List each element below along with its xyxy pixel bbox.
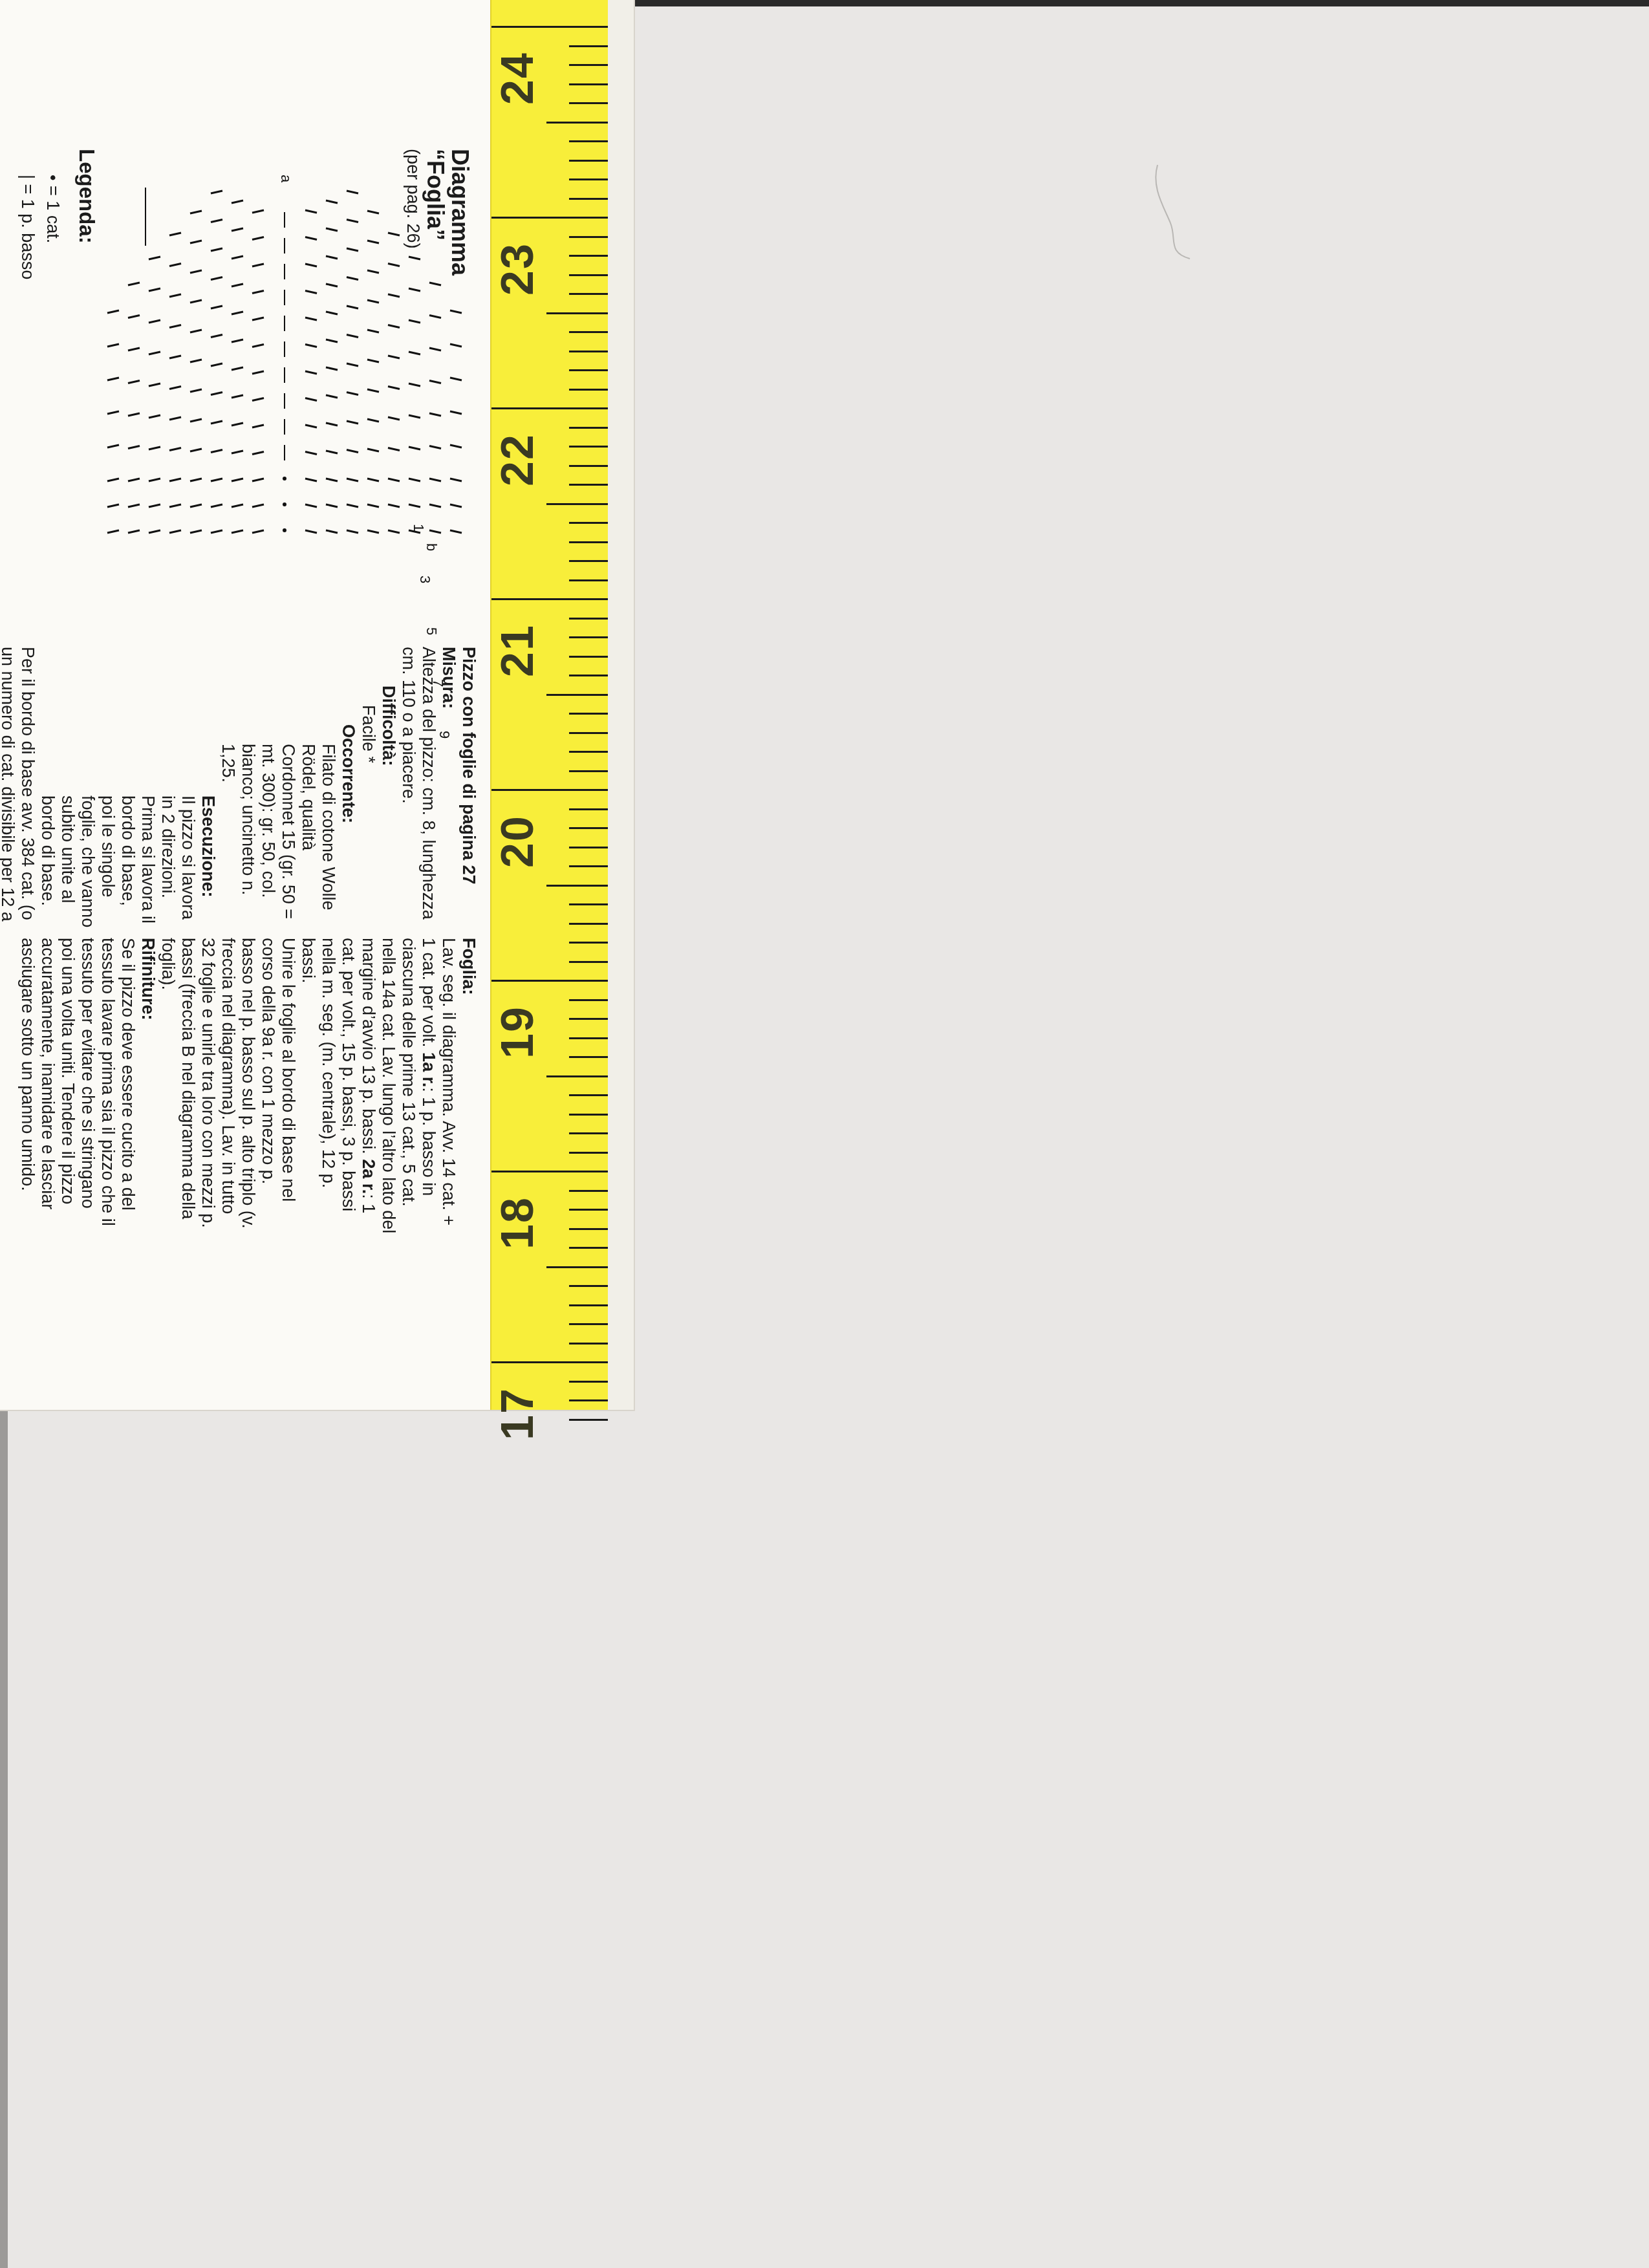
legend-items: • = 1 cat. | = 1 p. basso [17, 175, 68, 563]
ruler-tick [569, 1419, 608, 1421]
svg-text:b: b [424, 543, 440, 551]
svg-text:3: 3 [417, 576, 433, 583]
ruler-tick [569, 847, 608, 848]
ruler-tick [569, 1209, 608, 1211]
ruler-tick [569, 1228, 608, 1230]
ruler-tick [569, 713, 608, 715]
ruler-tick [491, 407, 608, 409]
ruler-tick [569, 1018, 608, 1020]
ruler-tick [569, 999, 608, 1001]
ruler-tick [546, 122, 608, 124]
article-heading: Pizzo con foglie di pagina 27 [458, 647, 479, 931]
ruler-tick [569, 1247, 608, 1249]
article-column-2: Foglia: Lav. seg. il diagramma. Avv. 14 … [17, 938, 479, 1235]
ruler-tick [569, 808, 608, 810]
ruler-tick [569, 560, 608, 562]
esecuzione-label: Esecuzione: [198, 647, 218, 931]
ruler-tick [569, 942, 608, 944]
ruler-tick [491, 980, 608, 982]
ruler-tick [569, 351, 608, 352]
ruler-tick [569, 903, 608, 905]
ruler-tick [569, 1323, 608, 1325]
ruler-number: 21 [491, 624, 543, 677]
ruler-tick [491, 26, 608, 28]
ruler-tick [569, 1304, 608, 1306]
ruler-tick [546, 503, 608, 505]
legend: Legenda: [77, 149, 97, 537]
ruler-tick [546, 1075, 608, 1077]
ruler-tick [546, 694, 608, 696]
ruler-tick [569, 656, 608, 658]
ruler-tick [569, 1343, 608, 1345]
ruler-tick [569, 331, 608, 333]
tape-measure: 2423222120191817 [490, 0, 608, 1410]
occorrente-label: Occorrente: [338, 647, 358, 931]
ruler-number: 20 [491, 815, 543, 868]
ruler-number: 17 [491, 1387, 543, 1440]
ruler-tick [569, 1094, 608, 1096]
chain-symbol-icon: • [43, 175, 63, 180]
ruler-tick [569, 1190, 608, 1192]
ruler-number: 22 [491, 433, 543, 486]
ruler-tick [569, 236, 608, 238]
occorrente-text: Filato di cotone Wolle Rödel, qualità Co… [218, 647, 338, 931]
misura-label: Misura: [438, 647, 458, 931]
ruler-tick [569, 1381, 608, 1383]
ruler-tick [569, 389, 608, 391]
foglia-label: Foglia: [458, 938, 479, 1235]
ruler-tick [569, 770, 608, 772]
single-crochet-symbol-icon: | [18, 175, 38, 179]
ruler-tick [569, 751, 608, 753]
difficolta-text: Facile * [358, 647, 378, 931]
rifiniture-label: Rifiniture: [138, 938, 158, 1235]
ruler-tick [569, 45, 608, 47]
ruler-tick [569, 1285, 608, 1287]
ruler-tick [569, 522, 608, 524]
ruler-tick [569, 484, 608, 486]
ruler-tick [569, 636, 608, 638]
misura-text: Altezza del pizzo: cm. 8, lunghezza cm. … [398, 647, 438, 931]
ruler-tick [569, 732, 608, 734]
legend-title: Legenda: [77, 149, 97, 537]
esecuzione-text: Il pizzo si lavora in 2 direzioni. Prima… [38, 647, 198, 931]
scanner-edge [0, 1410, 8, 2268]
ruler-tick [569, 274, 608, 276]
ruler-tick [569, 178, 608, 180]
rifiniture-text: Se il pizzo deve essere cucito a del tes… [17, 938, 138, 1235]
ruler-number: 19 [491, 1006, 543, 1059]
legend-item-single-crochet: | = 1 p. basso [17, 175, 38, 563]
ruler-tick [569, 618, 608, 620]
ruler-tick [569, 1037, 608, 1039]
ruler-tick [569, 1152, 608, 1154]
dust-hair [1151, 162, 1196, 265]
svg-text:5: 5 [424, 627, 440, 635]
ruler-tick [569, 465, 608, 467]
ruler-tick [491, 598, 608, 600]
magazine-page-strip: 2423222120191817 Diagramma “Foglia” (per… [0, 0, 634, 1410]
ruler-number: 24 [491, 52, 543, 105]
ruler-tick [569, 1399, 608, 1401]
article-column-1: Pizzo con foglie di pagina 27 Misura: Al… [0, 647, 479, 931]
bordo-text: Per il bordo di base avv. 384 cat. (o un… [0, 647, 38, 931]
ruler-tick [569, 961, 608, 963]
ruler-tick [569, 923, 608, 925]
ruler-tick [569, 198, 608, 200]
ruler-tick [491, 789, 608, 791]
ruler-tick [569, 827, 608, 829]
ruler-tick [569, 579, 608, 581]
page-content: Diagramma “Foglia” (per pag. 26) ab97531… [6, 0, 485, 1410]
ruler-tick [569, 64, 608, 66]
ruler-tick [569, 255, 608, 257]
difficolta-label: Difficoltà: [378, 647, 398, 931]
svg-text:1: 1 [411, 524, 427, 532]
ruler-tick [491, 217, 608, 219]
ruler-tick [491, 1361, 608, 1363]
ruler-tick [546, 1266, 608, 1268]
ruler-tick [569, 427, 608, 429]
ruler-tick [569, 865, 608, 867]
legend-item-chain: • = 1 cat. [43, 175, 63, 563]
ruler-tick [569, 160, 608, 162]
unire-text: Unire le foglie al bordo di base nel cor… [158, 938, 298, 1235]
foglia-text: Lav. seg. il diagramma. Avv. 14 cat. + 1… [298, 938, 458, 1235]
scanner-lid-shadow [634, 0, 1649, 6]
ruler-tick [569, 1056, 608, 1058]
ruler-tick [569, 1132, 608, 1134]
ruler-tick [569, 1114, 608, 1116]
ruler-tick [569, 102, 608, 104]
ruler-number: 23 [491, 243, 543, 296]
ruler-tick [491, 1171, 608, 1172]
ruler-number: 18 [491, 1196, 543, 1249]
ruler-tick [546, 885, 608, 887]
ruler-tick [569, 369, 608, 371]
ruler-tick [569, 293, 608, 295]
ruler-tick [569, 675, 608, 676]
ruler-tick [546, 312, 608, 314]
ruler-tick [569, 83, 608, 85]
ruler-tick [569, 140, 608, 142]
ruler-tick [569, 446, 608, 448]
svg-text:a: a [278, 175, 294, 183]
page-fold [607, 0, 634, 1410]
ruler-tick [569, 541, 608, 543]
